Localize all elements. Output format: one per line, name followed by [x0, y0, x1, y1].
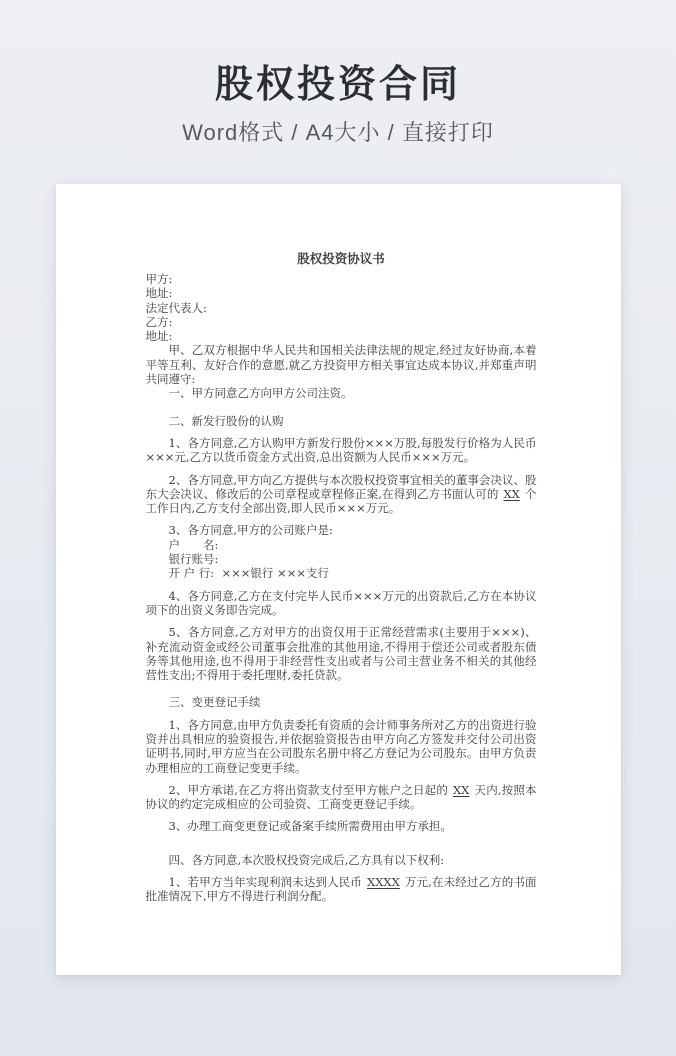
section-2-item-1: 1、各方同意,乙方认购甲方新发行股份×××万股,每股发行价格为人民币×××元,乙… — [146, 436, 537, 465]
section-4-item-1-text: 1、若甲方当年实现利润未达到人民币 — [169, 875, 363, 889]
fill-in-blank: XX — [498, 487, 524, 501]
account-name-line: 户 名: — [146, 538, 537, 552]
party-b-line: 乙方: — [146, 315, 537, 329]
party-a-address-line: 地址: — [146, 286, 537, 300]
fill-in-blank: XX — [448, 783, 474, 797]
legal-representative-line: 法定代表人: — [146, 301, 537, 315]
bank-branch-line: 开 户 行: ×××银行 ×××支行 — [146, 566, 537, 580]
page-subtitle: Word格式 / A4大小 / 直接打印 — [0, 118, 676, 148]
section-2-item-2: 2、各方同意,甲方向乙方提供与本次股权投资事宜相关的董事会决议、股东大会决议、修… — [146, 473, 537, 516]
section-3-item-1: 1、各方同意,由甲方负责委托有资质的会计师事务所对乙方的出资进行验资并出具相应的… — [146, 718, 537, 775]
section-3-item-2-text: 2、甲方承诺,在乙方将出资款支付至甲方帐户之日起的 — [169, 783, 449, 797]
doc-title: 股权投资协议书 — [146, 252, 537, 266]
section-2-heading: 二、新发行股份的认购 — [146, 414, 537, 428]
section-2-item-3: 3、各方同意,甲方的公司账户是: — [146, 523, 537, 537]
party-a-line: 甲方: — [146, 272, 537, 286]
party-b-address-line: 地址: — [146, 329, 537, 343]
section-2-item-2-text: 2、各方同意,甲方向乙方提供与本次股权投资事宜相关的董事会决议、股东大会决议、修… — [146, 473, 537, 501]
fill-in-blank: XXXX — [362, 875, 405, 889]
preamble-paragraph: 甲、乙双方根据中华人民共和国相关法律法规的规定,经过友好协商,本着平等互利、友好… — [146, 343, 537, 386]
contract-document: 股权投资协议书 甲方: 地址: 法定代表人: 乙方: 地址: 甲、乙双方根据中华… — [146, 252, 537, 904]
clause-one: 一、甲方同意乙方向甲方公司注资。 — [146, 386, 537, 400]
section-3-item-3: 3、办理工商变更登记或备案手续所需费用由甲方承担。 — [146, 819, 537, 833]
section-3-item-2: 2、甲方承诺,在乙方将出资款支付至甲方帐户之日起的XX天内,按照本协议的约定完成… — [146, 783, 537, 812]
section-3-heading: 三、变更登记手续 — [146, 695, 537, 709]
section-2-item-4: 4、各方同意,乙方在支付完毕人民币×××万元的出资款后,乙方在本协议项下的出资义… — [146, 589, 537, 618]
section-4-heading: 四、各方同意,本次股权投资完成后,乙方具有以下权利: — [146, 853, 537, 867]
document-page-preview: 股权投资协议书 甲方: 地址: 法定代表人: 乙方: 地址: 甲、乙双方根据中华… — [56, 184, 621, 975]
page-title: 股权投资合同 — [0, 64, 676, 108]
page-header: 股权投资合同 Word格式 / A4大小 / 直接打印 — [0, 0, 676, 148]
section-4-item-1: 1、若甲方当年实现利润未达到人民币XXXX万元,在未经过乙方的书面批准情况下,甲… — [146, 875, 537, 904]
bank-account-line: 银行账号: — [146, 552, 537, 566]
section-2-item-5: 5、各方同意,乙方对甲方的出资仅用于正常经营需求(主要用于×××)、补充流动资金… — [146, 625, 537, 682]
